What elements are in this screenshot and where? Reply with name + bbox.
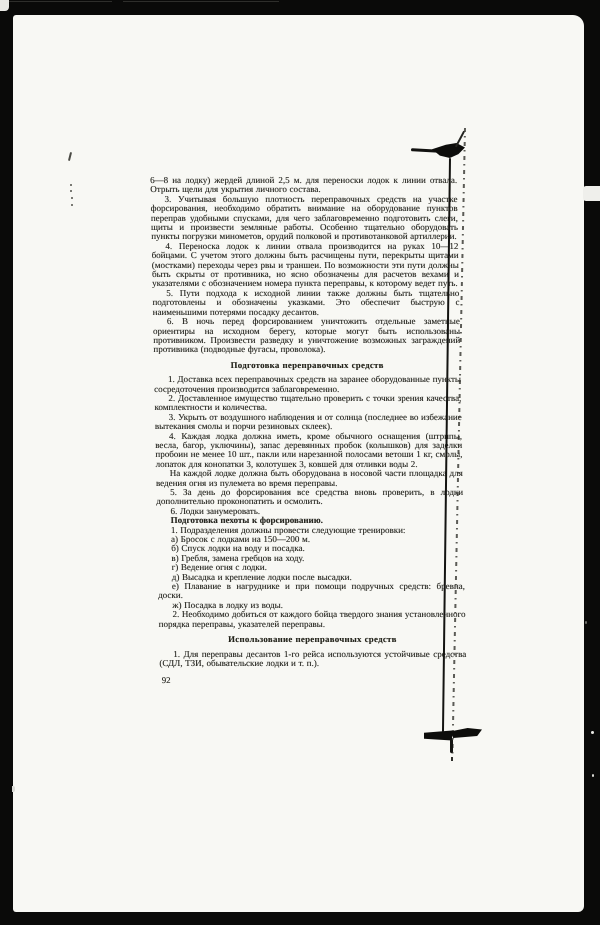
page-text-column: 6—8 на лодку) жердей длиной 2,5 м. для п…: [150, 176, 467, 686]
book-page: 6—8 на лодку) жердей длиной 2,5 м. для п…: [13, 15, 584, 912]
paragraph: 2. Доставленное имущество тщательно пров…: [154, 394, 461, 413]
ink-speck-bottom: [451, 757, 453, 761]
section-heading: Использование переправочных средств: [159, 635, 466, 644]
paragraph: 4. Переноска лодок к линии отвала произв…: [151, 242, 459, 289]
paragraph: На каждой лодке должна быть оборудована …: [156, 469, 463, 488]
frame-white-notch: [583, 186, 600, 201]
paragraph: 5. За день до форсирования все средства …: [156, 488, 463, 507]
paragraph: 1. Для переправы десантов 1-го рейса исп…: [159, 650, 466, 669]
frame-speck: [591, 731, 594, 734]
paragraph: 3. Учитывая большую плотность переправоч…: [150, 195, 458, 242]
paragraph: 3. Укрыть от воздушного наблюдения и от …: [155, 413, 462, 432]
frame-corner-highlight: [0, 0, 9, 11]
frame-top-hairline: [9, 1, 279, 2]
paragraph: 6—8 на лодку) жердей длиной 2,5 м. для п…: [150, 176, 457, 195]
frame-left-nick: [12, 786, 15, 792]
frame-top-tick: [112, 0, 123, 4]
paragraph: 1. Доставка всех переправочных средств н…: [154, 375, 461, 394]
ink-tail-bottom: [450, 739, 453, 753]
frame-speck: [585, 621, 587, 624]
frame-speck: [592, 774, 594, 777]
paragraph: 2. Необходимо добиться от каждого бойца …: [158, 610, 465, 629]
list-item: е) Плавание в нагруднике и при помощи по…: [158, 582, 465, 601]
paragraph: 6. В ночь перед форсированием уничтожить…: [153, 317, 461, 355]
page-number: 92: [160, 676, 467, 685]
scanned-book-photo: { "colors": { "frame": "#0a0a09", "paper…: [0, 0, 600, 925]
paragraph: 4. Каждая лодка должна иметь, кроме обыч…: [155, 432, 463, 470]
paragraph: 5. Пути подхода к исходной линии также д…: [152, 289, 460, 317]
section-heading: Подготовка переправочных средств: [154, 361, 461, 370]
